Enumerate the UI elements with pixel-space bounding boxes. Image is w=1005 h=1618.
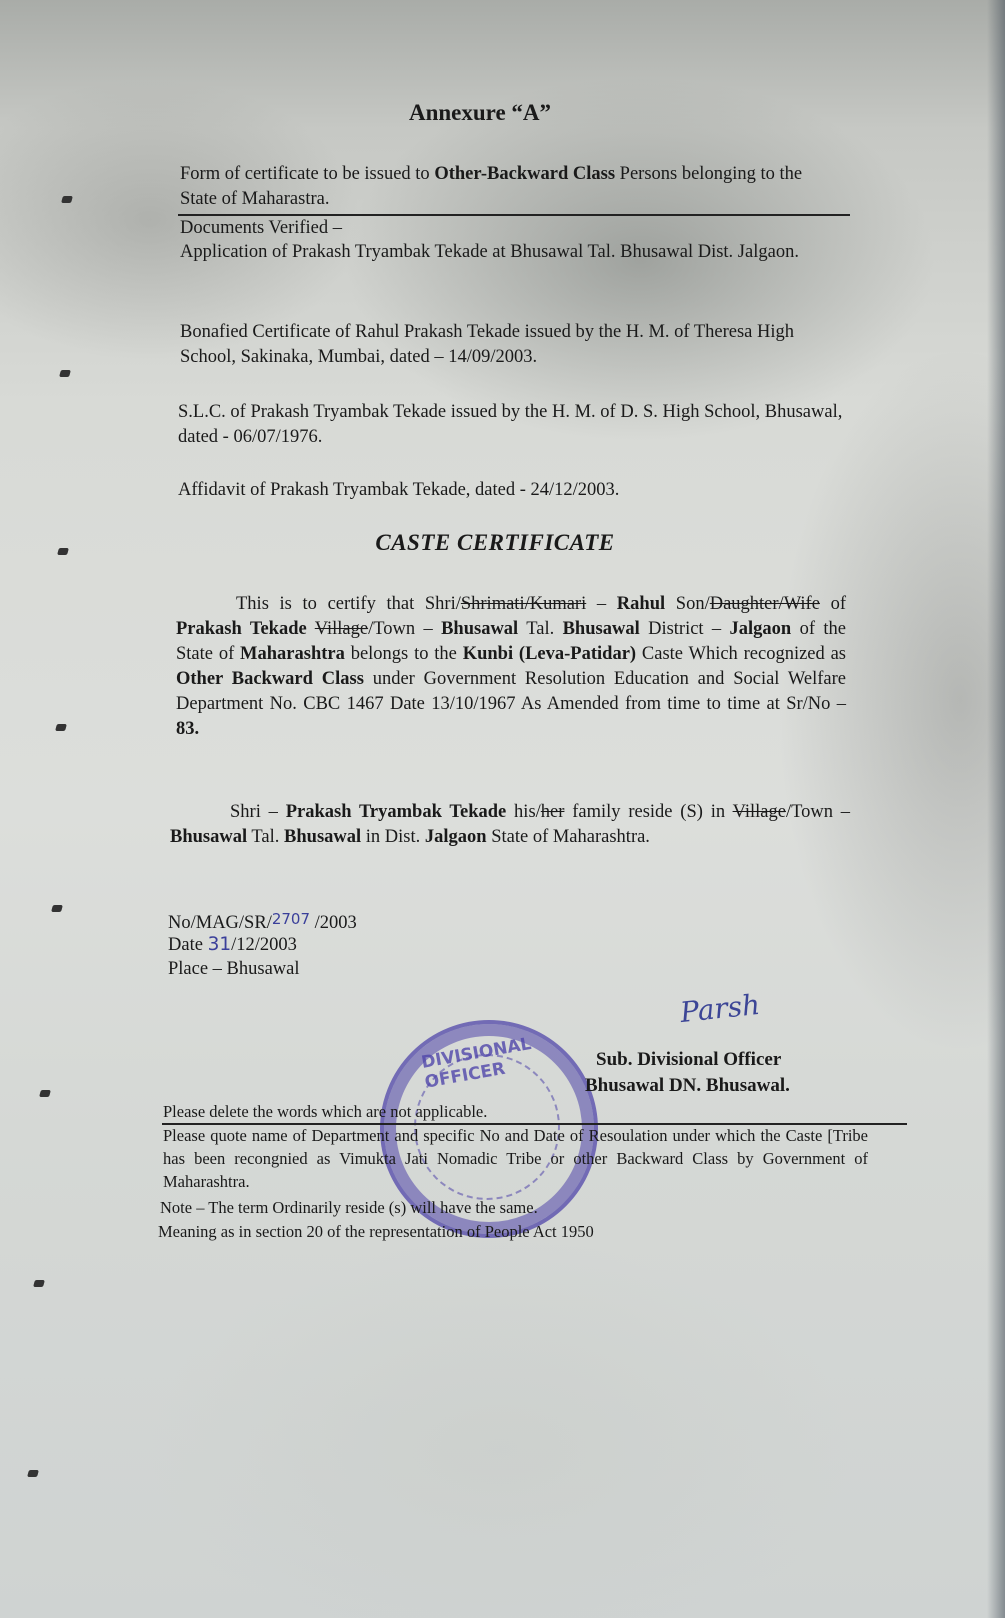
- issue-place: Place – Bhusawal: [168, 957, 828, 982]
- form-intro: Form of certificate to be issued to Othe…: [180, 162, 820, 212]
- officer-office: Bhusawal DN. Bhusawal.: [585, 1073, 875, 1098]
- verified-document-3: S.L.C. of Prakash Tryambak Tekade issued…: [178, 400, 850, 450]
- footnote-quote: Please quote name of Department and spec…: [163, 1124, 868, 1193]
- handwritten-day: 31: [208, 934, 232, 955]
- officer-title: Sub. Divisional Officer: [596, 1047, 856, 1072]
- verified-document-2: Bonafied Certificate of Rahul Prakash Te…: [180, 320, 850, 370]
- punch-hole-mark: [33, 1280, 45, 1287]
- punch-hole-mark: [61, 196, 73, 203]
- page-edge-shadow: [987, 0, 1005, 1618]
- punch-hole-mark: [55, 724, 67, 731]
- issue-date: Date 31/12/2003: [168, 932, 828, 958]
- annexure-title: Annexure “A”: [0, 100, 960, 126]
- punch-hole-mark: [59, 370, 71, 377]
- officer-signature: Parsh: [678, 988, 761, 1029]
- footnote-note: Note – The term Ordinarily reside (s) wi…: [160, 1196, 880, 1219]
- verified-document-1: Application of Prakash Tryambak Tekade a…: [180, 240, 850, 265]
- verified-document-4: Affidavit of Prakash Tryambak Tekade, da…: [178, 478, 850, 503]
- document-page: Annexure “A” Form of certificate to be i…: [0, 0, 1005, 1618]
- punch-hole-mark: [27, 1470, 39, 1477]
- residence-paragraph: Shri – Prakash Tryambak Tekade his/her f…: [170, 800, 850, 850]
- punch-hole-mark: [39, 1090, 51, 1097]
- punch-hole-mark: [51, 905, 63, 912]
- certification-paragraph: This is to certify that Shri/Shrimati/Ku…: [176, 592, 846, 742]
- certificate-title: CASTE CERTIFICATE: [0, 530, 990, 556]
- handwritten-ref-number: 2707: [272, 910, 310, 928]
- footnote-meaning: Meaning as in section 20 of the represen…: [158, 1220, 878, 1243]
- footnote-delete: Please delete the words which are not ap…: [163, 1100, 883, 1123]
- documents-verified-heading: Documents Verified –: [180, 216, 840, 241]
